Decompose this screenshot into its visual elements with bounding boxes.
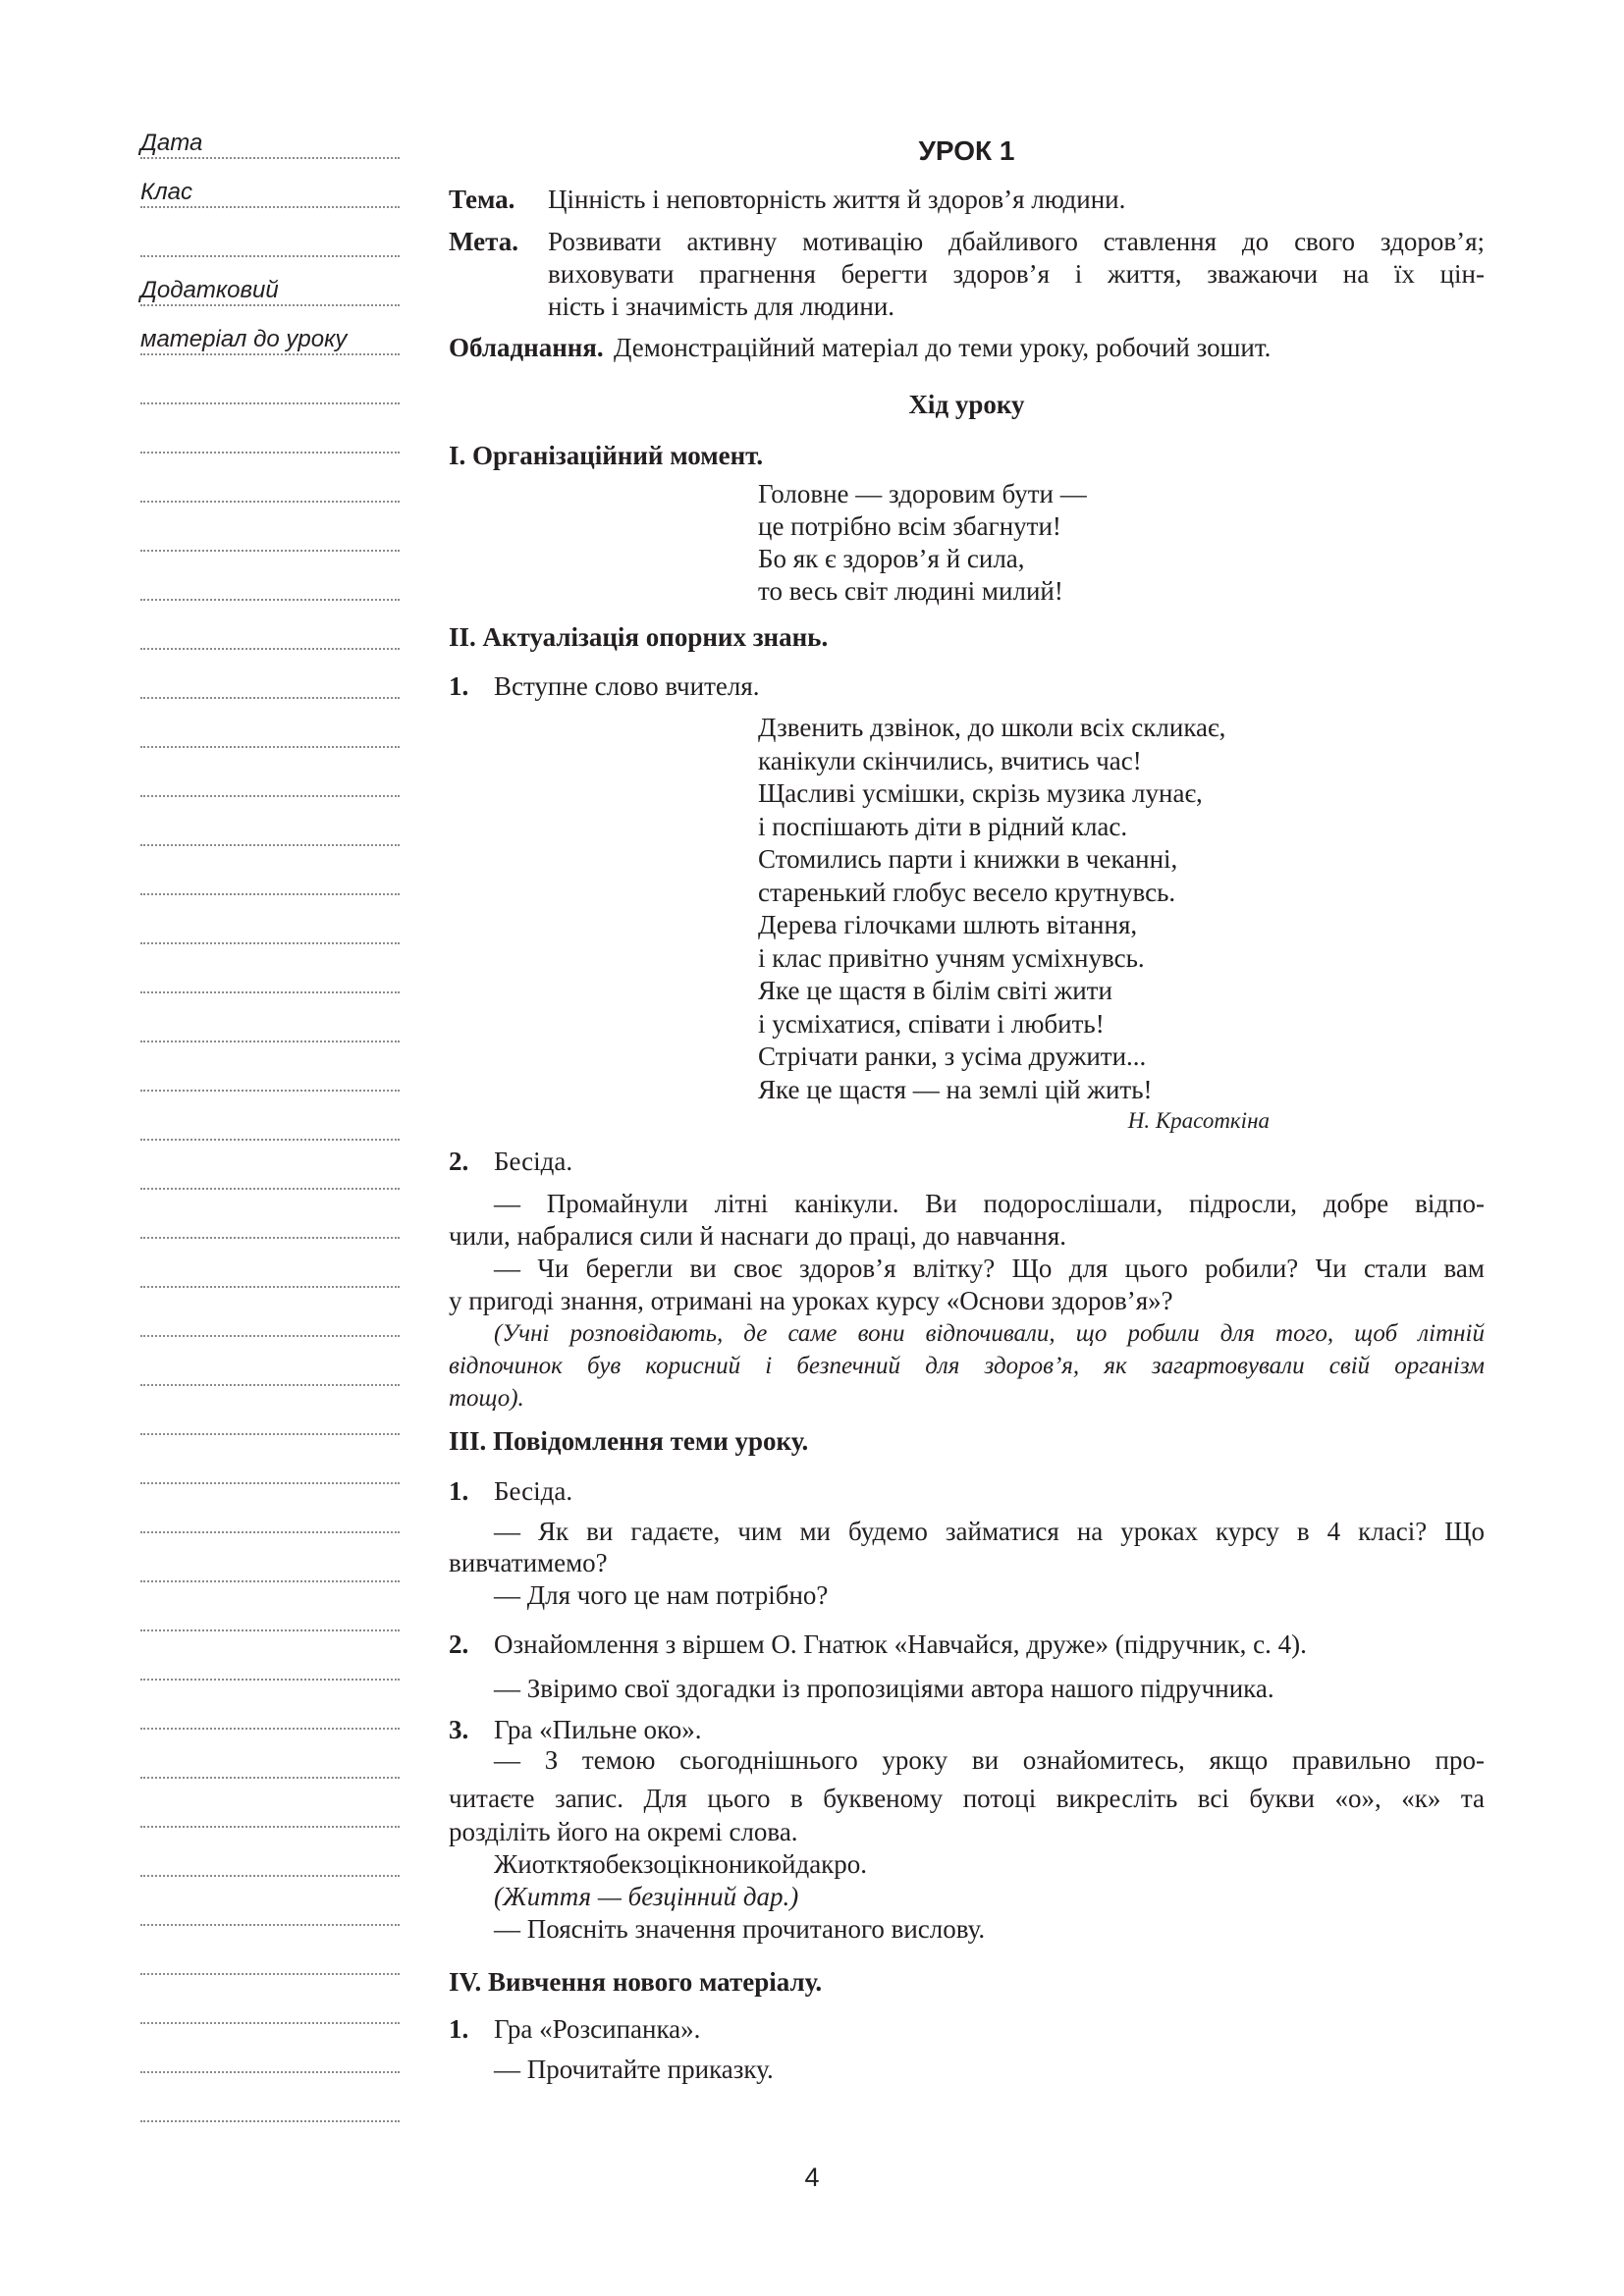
game-line-1-text: — З темою сьогоднішнього уроку ви ознайо…: [494, 1744, 1485, 1777]
margin-write-line: [140, 452, 400, 454]
note-line-3: тощо).: [449, 1382, 524, 1415]
section-3-item-2-text: Ознайомлення з віршем О. Гнатюк «Навчайс…: [494, 1629, 1307, 1661]
poem-1-line: Бо як є здоров’я й сила,: [758, 543, 1025, 575]
margin-write-line: [140, 1728, 400, 1730]
margin-write-line: [140, 353, 400, 355]
margin-write-line: [140, 991, 400, 993]
margin-write-line: [140, 1433, 400, 1435]
margin-write-line: [140, 501, 400, 503]
margin-write-line: [140, 1237, 400, 1239]
poem-2-line: старенький глобус весело крутнувсь.: [758, 877, 1175, 909]
poem-2-line: Щасливі усмішки, скрізь музика лунає,: [758, 777, 1203, 810]
dialogue-line-1: — Промайнули літні канікули. Ви подоросл…: [494, 1188, 1485, 1220]
margin-write-line: [140, 550, 400, 552]
section-3-item-1-number: 1.: [449, 1475, 468, 1508]
game-line-2-text: читаєте запис. Для цього в буквеному пот…: [449, 1783, 1485, 1815]
section-4-item-1-number: 1.: [449, 2013, 468, 2046]
letter-stream-answer: (Життя — безцінний дар.): [494, 1881, 798, 1913]
question-line-2: вивчатимемо?: [449, 1547, 608, 1579]
section-3-item-3-number: 3.: [449, 1714, 468, 1746]
note-line-2-text: відпочинок був корисний і безпечний для …: [449, 1350, 1485, 1382]
margin-write-line: [140, 1777, 400, 1779]
margin-write-line: [140, 1482, 400, 1484]
dialogue-line-4: у пригоді знання, отримані на уроках кур…: [449, 1285, 1173, 1317]
margin-write-line: [140, 1875, 400, 1877]
poem-2-line: і усміхатися, співати і любить!: [758, 1008, 1105, 1041]
section-3-item-3-text: Гра «Пильне око».: [494, 1714, 702, 1746]
margin-write-line: [140, 599, 400, 601]
section-2-item-1-text: Вступне слово вчителя.: [494, 670, 760, 703]
question-line-3: — Для чого це нам потрібно?: [494, 1579, 828, 1612]
margin-write-line: [140, 206, 400, 208]
margin-write-line: [140, 1826, 400, 1828]
poem-1-line: Головне — здоровим бути —: [758, 478, 1087, 510]
poem-author: Н. Красоткіна: [1116, 1108, 1270, 1134]
section-3-item-2-number: 2.: [449, 1629, 468, 1661]
question-line-1: — Як ви гадаєте, чим ми будемо займатися…: [494, 1516, 1485, 1548]
note-line-1: (Учні розповідають, де саме вони відпочи…: [494, 1317, 1485, 1350]
section-2-heading: II. Актуалізація опорних знань.: [449, 621, 828, 654]
margin-write-line: [140, 255, 400, 257]
section-2-item-2-text: Бесіда.: [494, 1146, 572, 1178]
margin-write-line: [140, 795, 400, 797]
letter-stream: Жиотктяобекзоцікнoникойдакро.: [494, 1848, 867, 1881]
note-line-2: відпочинок був корисний і безпечний для …: [449, 1350, 1485, 1382]
margin-write-line: [140, 1629, 400, 1631]
margin-write-line: [140, 697, 400, 699]
section-2-item-1-number: 1.: [449, 670, 468, 703]
page-number: 4: [0, 2162, 1624, 2194]
section-3-item-2-line: — Звіримо свої здогадки із пропозиціями …: [494, 1673, 1274, 1705]
margin-write-line: [140, 648, 400, 650]
margin-write-line: [140, 2071, 400, 2073]
margin-write-line: [140, 2120, 400, 2122]
poem-2-line: Стомились парти і книжки в чеканні,: [758, 843, 1177, 876]
margin-write-line: [140, 746, 400, 748]
topic-text: Цінність і неповторність життя й здоров’…: [548, 184, 1125, 216]
extra-material-label-1: Додатковий: [140, 276, 279, 305]
class-label: Клас: [140, 178, 192, 207]
poem-2-line: Яке це щастя — на землі цій жить!: [758, 1074, 1153, 1106]
game-line-3: розділіть його на окремі слова.: [449, 1816, 798, 1848]
course-title: Хід уроку: [449, 389, 1485, 421]
game-line-1: — З темою сьогоднішнього уроку ви ознайо…: [494, 1744, 1485, 1777]
margin-write-line: [140, 1531, 400, 1533]
equipment-label: Обладнання.: [449, 332, 604, 364]
section-2-item-2-number: 2.: [449, 1146, 468, 1178]
margin-write-line: [140, 402, 400, 404]
margin-write-line: [140, 304, 400, 306]
question-line-1-text: — Як ви гадаєте, чим ми будемо займатися…: [494, 1516, 1485, 1548]
game-line-2: читаєте запис. Для цього в буквеному пот…: [449, 1783, 1485, 1815]
margin-write-line: [140, 2022, 400, 2024]
section-4-item-1-line: — Прочитайте приказку.: [494, 2054, 774, 2086]
topic-label: Тема.: [449, 184, 514, 216]
margin-write-line: [140, 1188, 400, 1190]
poem-2-line: Дерева гілочками шлють вітання,: [758, 909, 1137, 941]
margin-write-line: [140, 157, 400, 159]
margin-write-line: [140, 1580, 400, 1582]
poem-2-line: канікули скінчились, вчитись час!: [758, 745, 1142, 777]
goal-line-1: Розвивати активну мотивацію дбайливого с…: [548, 226, 1485, 258]
dialogue-line-1-text: — Промайнули літні канікули. Ви подоросл…: [494, 1188, 1485, 1220]
margin-write-line: [140, 1973, 400, 1975]
poem-2-line: і клас привітно учням усміхнувсь.: [758, 942, 1145, 975]
margin-write-line: [140, 1384, 400, 1386]
dialogue-line-3-text: — Чи берегли ви своє здоров’я влітку? Що…: [494, 1253, 1485, 1285]
margin-write-line: [140, 1286, 400, 1288]
note-line-1-text: (Учні розповідають, де саме вони відпочи…: [494, 1317, 1485, 1350]
margin-write-line: [140, 942, 400, 944]
poem-2-line: Дзвенить дзвінок, до школи всіх скликає,: [758, 712, 1225, 744]
margin-write-line: [140, 1090, 400, 1092]
poem-2-line: Стрічати ранки, з усіма дружити...: [758, 1041, 1146, 1073]
margin-write-line: [140, 1924, 400, 1926]
goal-line-3: ність і значимість для людини.: [548, 291, 894, 323]
date-label: Дата: [140, 129, 202, 158]
dialogue-line-2: чили, набралися сили й наснаги до праці,…: [449, 1220, 1066, 1253]
margin-write-line: [140, 1679, 400, 1681]
poem-2-line: Яке це щастя в білім світі жити: [758, 975, 1112, 1007]
poem-1-line: це потрібно всім збагнути!: [758, 510, 1061, 543]
goal-label: Мета.: [449, 226, 518, 258]
poem-2-line: і поспішають діти в рідний клас.: [758, 811, 1127, 843]
margin-write-line: [140, 844, 400, 846]
goal-line-2: виховувати прагнення берегти здоров’я і …: [548, 258, 1485, 291]
lesson-title: УРОК 1: [449, 134, 1485, 167]
poem-1-line: то весь світ людині милий!: [758, 575, 1063, 608]
explain-line: — Поясніть значення прочитаного вислову.: [494, 1913, 985, 1946]
section-3-heading: III. Повідомлення теми уроку.: [449, 1425, 808, 1458]
margin-write-line: [140, 1335, 400, 1337]
margin-write-line: [140, 1041, 400, 1042]
extra-material-label-2: матеріал до уроку: [140, 325, 347, 354]
dialogue-line-3: — Чи берегли ви своє здоров’я влітку? Що…: [494, 1253, 1485, 1285]
equipment-text: Демонстраційний матеріал до теми уроку, …: [614, 332, 1271, 364]
section-4-item-1-text: Гра «Розсипанка».: [494, 2013, 700, 2046]
section-4-heading: IV. Вивчення нового матеріалу.: [449, 1966, 822, 1999]
margin-write-line: [140, 893, 400, 895]
margin-write-line: [140, 1139, 400, 1141]
section-1-heading: I. Організаційний момент.: [449, 440, 763, 472]
section-3-item-1-text: Бесіда.: [494, 1475, 572, 1508]
